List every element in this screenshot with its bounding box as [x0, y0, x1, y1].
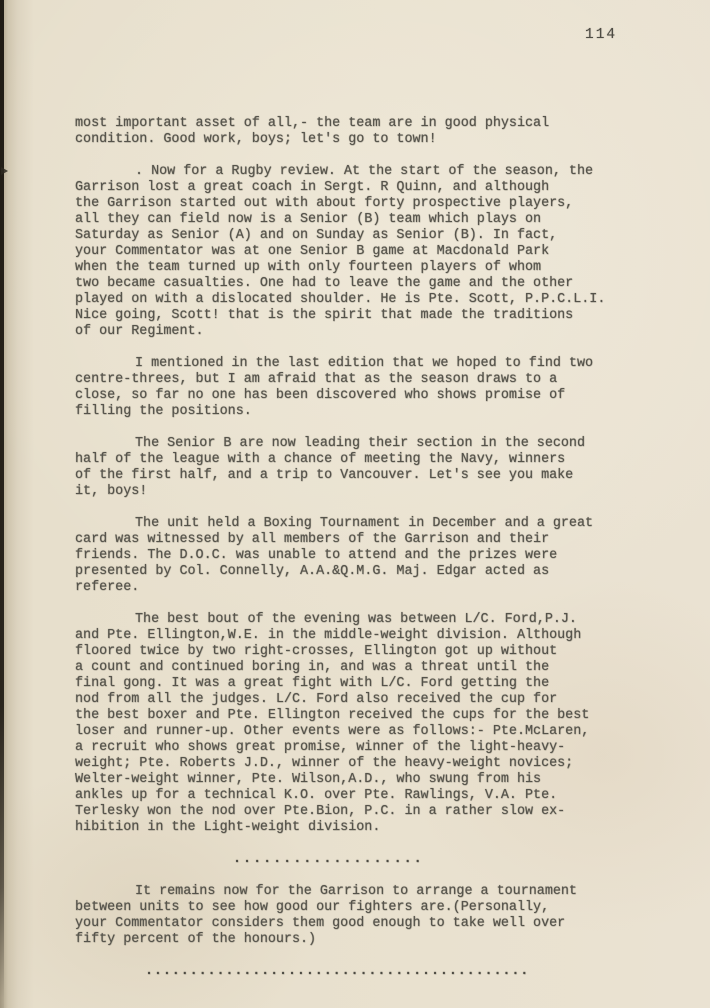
- paragraph: The best bout of the evening was between…: [75, 612, 670, 836]
- paragraph: most important asset of all,- the team a…: [75, 116, 670, 148]
- paragraph: The unit held a Boxing Tournament in Dec…: [75, 516, 670, 596]
- dotted-separator: ........................................…: [145, 964, 670, 980]
- page-content: most important asset of all,- the team a…: [0, 0, 710, 996]
- document-page: 114 most important asset of all,- the te…: [0, 0, 710, 1008]
- paragraph: . Now for a Rugby review. At the start o…: [75, 164, 670, 340]
- paragraph: The Senior B are now leading their secti…: [75, 436, 670, 500]
- paragraph: It remains now for the Garrison to arran…: [75, 884, 670, 948]
- paragraph: I mentioned in the last edition that we …: [75, 356, 670, 420]
- dotted-separator: ...................: [233, 852, 670, 868]
